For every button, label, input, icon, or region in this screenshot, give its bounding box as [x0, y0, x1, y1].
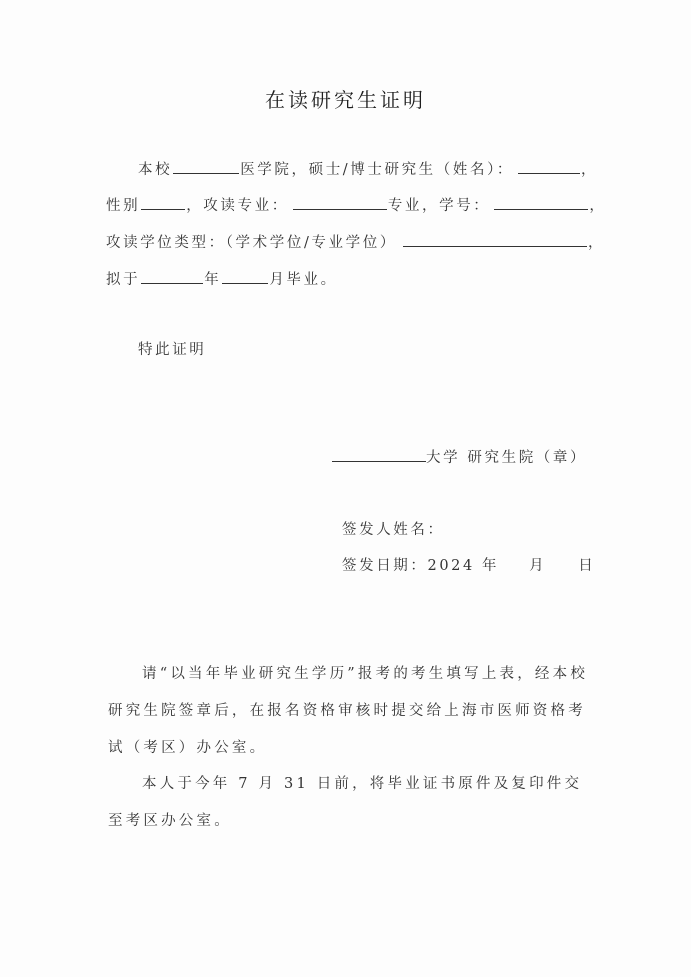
body-line-school-name: 本校医学院，硕士/博士研究生（姓名）：，: [138, 158, 598, 180]
major-label: ，攻读专业：: [186, 198, 289, 214]
degree-type-label: 攻读学位类型：（学术学位/专业学位）: [106, 235, 397, 251]
note-paragraph-1: 请“以当年毕业研究生学历”报考的考生填写上表，经本校研究生院签章后，在报名资格审…: [108, 656, 592, 767]
major-blank[interactable]: [293, 194, 387, 210]
graduation-year-blank[interactable]: [141, 268, 203, 284]
line3-comma: ，: [588, 235, 605, 251]
graduation-prefix: 拟于: [106, 272, 140, 288]
issue-date-line: 签发日期：2024 年月日: [342, 556, 595, 576]
line1-comma: ，: [581, 162, 598, 178]
school-prefix: 本校: [138, 162, 172, 178]
signer-name-line: 签发人姓名：: [342, 520, 445, 540]
gender-prefix: 性别: [106, 198, 140, 214]
degree-type-blank[interactable]: [403, 231, 587, 247]
student-name-blank[interactable]: [518, 158, 580, 174]
body-line-gender-major: 性别，攻读专业：专业，学号：，: [106, 194, 607, 216]
year-label: 年: [204, 272, 221, 288]
issue-date-label: 签发日期：2024 年: [342, 558, 499, 574]
school-blank[interactable]: [173, 158, 239, 174]
issue-day-label: 日: [578, 558, 595, 574]
month-graduate-label: 月毕业。: [269, 272, 337, 288]
university-stamp-line: 大学 研究生院（章）: [332, 446, 587, 468]
gender-blank[interactable]: [141, 194, 185, 210]
university-name-blank[interactable]: [332, 446, 426, 462]
school-suffix-text: 医学院，硕士/博士研究生（姓名）：: [240, 162, 514, 178]
student-id-blank[interactable]: [494, 194, 588, 210]
student-id-label: 专业，学号：: [388, 198, 491, 214]
issue-month-label: 月: [529, 558, 546, 574]
certificate-page: 在读研究生证明 本校医学院，硕士/博士研究生（姓名）：， 性别，攻读专业：专业，…: [0, 0, 691, 977]
graduation-month-blank[interactable]: [222, 268, 268, 284]
note-paragraph-2: 本人于今年 7 月 31 日前，将毕业证书原件及复印件交至考区办公室。: [108, 766, 592, 840]
document-title: 在读研究生证明: [0, 84, 691, 113]
line2-comma: ，: [589, 198, 606, 214]
graduate-school-stamp-label: 大学 研究生院（章）: [426, 450, 587, 466]
closing-statement: 特此证明: [138, 340, 206, 360]
body-line-degree-type: 攻读学位类型：（学术学位/专业学位），: [106, 231, 605, 253]
body-line-graduation: 拟于年月毕业。: [106, 268, 338, 290]
